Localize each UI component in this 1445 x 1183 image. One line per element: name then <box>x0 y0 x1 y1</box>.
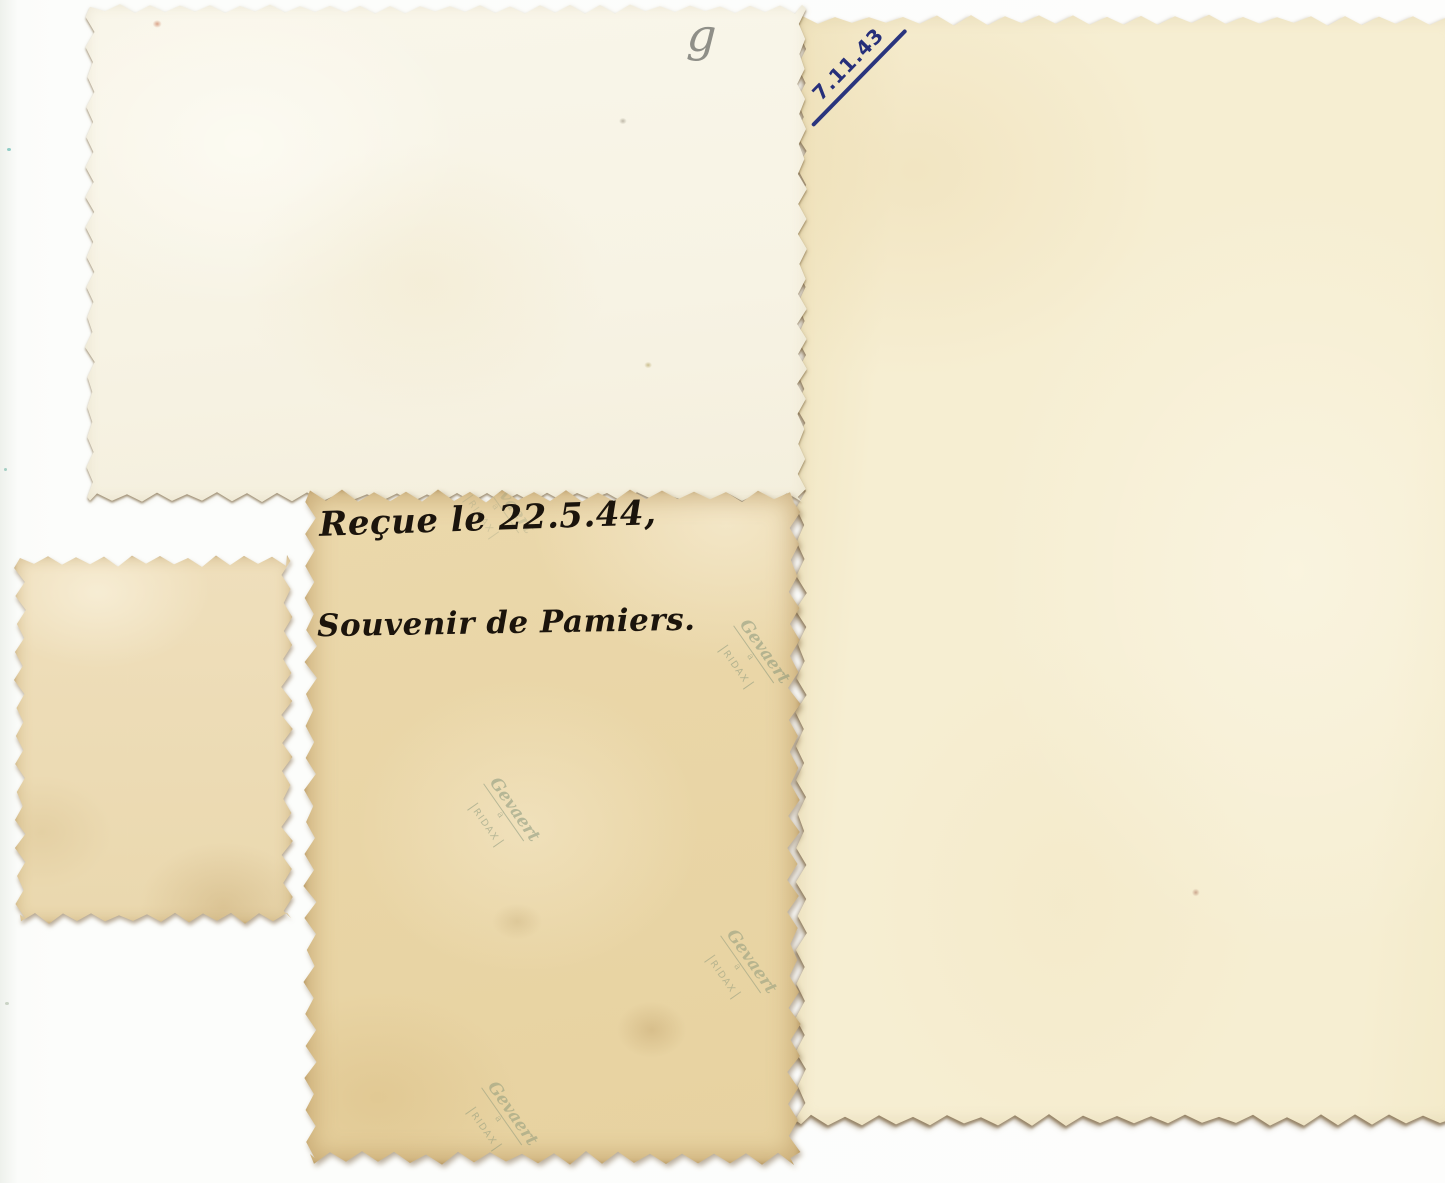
gevaert-ridax-stamp: Gevaert à RIDAX <box>710 615 789 700</box>
pencil-mark: g <box>686 7 718 62</box>
inscription-souvenir: Souvenir de Pamiers. <box>317 602 696 645</box>
photo-backs-scan: 7.11.43 g Gevaert à RIDAX Reçue le 22.5.… <box>0 0 1445 1183</box>
gevaert-ridax-stamp: Gevaert à RIDAX <box>697 925 776 1010</box>
inscription-received-date: Reçue le 22.5.44, <box>318 493 657 545</box>
photo-bottom-left <box>14 555 293 924</box>
scan-speck <box>7 148 11 151</box>
photo-top-left <box>85 4 807 502</box>
date-inscription: 7.11.43 <box>801 16 895 111</box>
photo-middle: Gevaert à RIDAX Reçue le 22.5.44, Souven… <box>303 489 801 1165</box>
scan-speck <box>5 1002 9 1005</box>
scan-speck <box>4 468 7 471</box>
photo-right-paper: 7.11.43 <box>795 14 1445 1126</box>
photo-bottom-left-paper <box>14 555 293 924</box>
photo-middle-paper: Gevaert à RIDAX Reçue le 22.5.44, Souven… <box>303 489 801 1165</box>
photo-right: 7.11.43 <box>795 14 1445 1126</box>
gevaert-ridax-stamp: Gevaert à RIDAX <box>458 1077 537 1162</box>
photo-top-left-paper <box>85 4 807 502</box>
gevaert-ridax-stamp: Gevaert à RIDAX <box>460 773 539 858</box>
